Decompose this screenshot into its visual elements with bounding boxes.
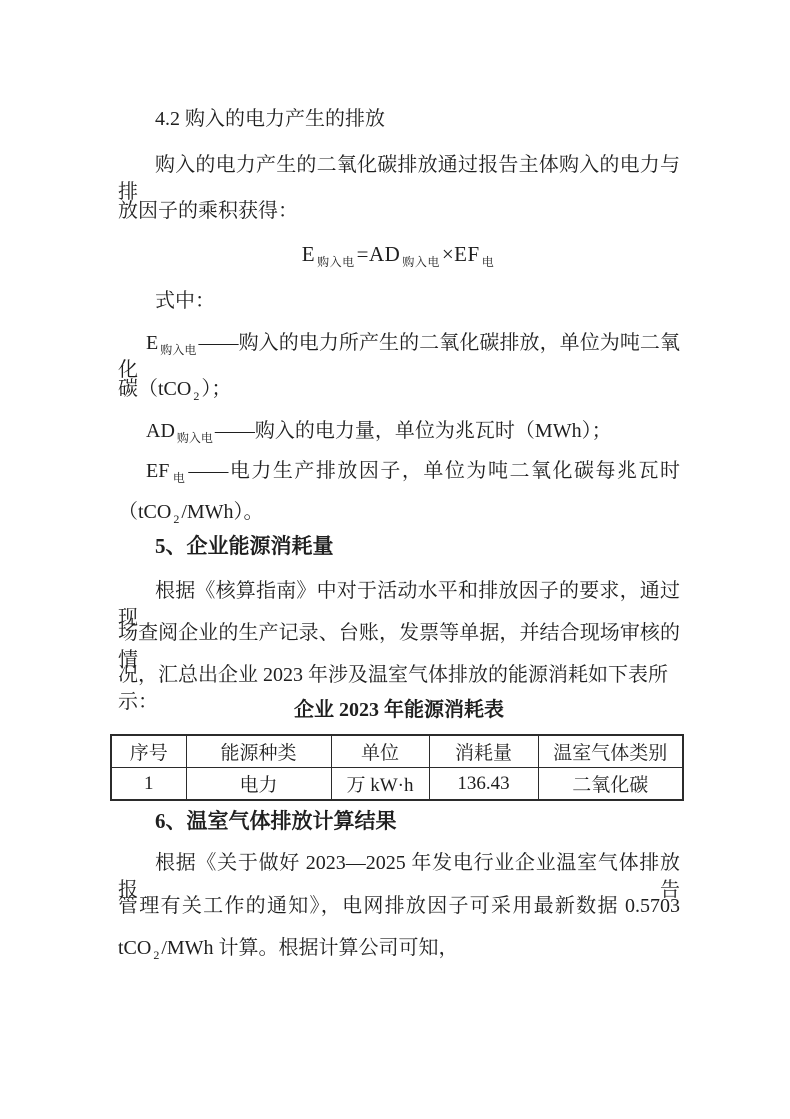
- text-segment: =AD: [357, 242, 401, 266]
- text-segment: EF: [146, 460, 169, 482]
- table-header-cell: 单位: [331, 735, 429, 768]
- text-segment: tCO: [118, 937, 151, 959]
- definition-e-line2: 碳（tCO2）；: [118, 376, 680, 403]
- text-segment: ——购入的电力量，单位为兆瓦时（MWh）；: [215, 420, 612, 442]
- subscript-text: 购入电: [160, 343, 196, 357]
- subscript-text: 电: [171, 471, 186, 485]
- table-row: 1 电力 万 kW·h 136.43 二氧化碳: [111, 768, 683, 801]
- table-header-row: 序号 能源种类 单位 消耗量 温室气体类别: [111, 735, 683, 768]
- table-header-cell: 序号: [111, 735, 186, 768]
- definition-ef-line2: （tCO2/MWh）。: [118, 499, 680, 526]
- text-segment: E: [302, 242, 315, 266]
- text-segment: ——购入的电力所产生的二氧化碳排放，单位为吨二氧化: [118, 332, 680, 381]
- text-segment: 碳（tCO: [118, 378, 191, 400]
- definition-ef-line1: EF电——电力生产排放因子，单位为吨二氧化碳每兆瓦时: [118, 458, 680, 485]
- text-segment: ——电力生产排放因子，单位为吨二氧化碳每兆瓦时: [188, 460, 680, 482]
- subscript-text: 2: [153, 948, 159, 962]
- table-header-cell: 能源种类: [186, 735, 331, 768]
- table-cell-amount: 136.43: [429, 768, 538, 801]
- table-header-cell: 温室气体类别: [538, 735, 683, 768]
- subscript-text: 购入电: [317, 255, 355, 269]
- section-5-heading: 5、企业能源消耗量: [118, 533, 680, 560]
- table-cell-seq: 1: [111, 768, 186, 801]
- text-segment: /MWh 计算。根据计算公司可知，: [161, 937, 458, 959]
- document-page: 4.2 购入的电力产生的排放 购入的电力产生的二氧化碳排放通过报告主体购入的电力…: [0, 0, 790, 1119]
- definition-ad: AD购入电——购入的电力量，单位为兆瓦时（MWh）；: [118, 418, 680, 445]
- text-segment: AD: [146, 420, 175, 442]
- subscript-text: 2: [193, 389, 199, 403]
- subscript-text: 购入电: [402, 255, 440, 269]
- text-segment: E: [146, 332, 158, 354]
- table-cell-gas-type: 二氧化碳: [538, 768, 683, 801]
- energy-table-title: 企业 2023 年能源消耗表: [118, 697, 680, 724]
- table-header-cell: 消耗量: [429, 735, 538, 768]
- section-4-2-intro-line2: 放因子的乘积获得：: [118, 198, 680, 225]
- table-cell-energy: 电力: [186, 768, 331, 801]
- section-4-2-heading: 4.2 购入的电力产生的排放: [118, 106, 680, 133]
- emission-formula: E购入电=AD购入电×EF电: [118, 241, 680, 268]
- section-6-para-line3: tCO2/MWh 计算。根据计算公司可知，: [118, 935, 680, 962]
- section-6-heading: 6、温室气体排放计算结果: [118, 808, 680, 835]
- subscript-text: 购入电: [177, 431, 213, 445]
- energy-consumption-table: 序号 能源种类 单位 消耗量 温室气体类别 1 电力 万 kW·h 136.43…: [110, 734, 684, 801]
- where-label: 式中：: [118, 288, 680, 315]
- subscript-text: 2: [173, 512, 179, 526]
- text-segment: /MWh）。: [181, 501, 263, 523]
- section-6-para-line2: 管理有关工作的通知》，电网排放因子可采用最新数据 0.5703: [118, 893, 680, 920]
- text-segment: ）；: [201, 378, 231, 400]
- subscript-text: 电: [482, 255, 495, 269]
- text-segment: （tCO: [118, 501, 171, 523]
- table-cell-unit: 万 kW·h: [331, 768, 429, 801]
- text-segment: ×EF: [442, 242, 480, 266]
